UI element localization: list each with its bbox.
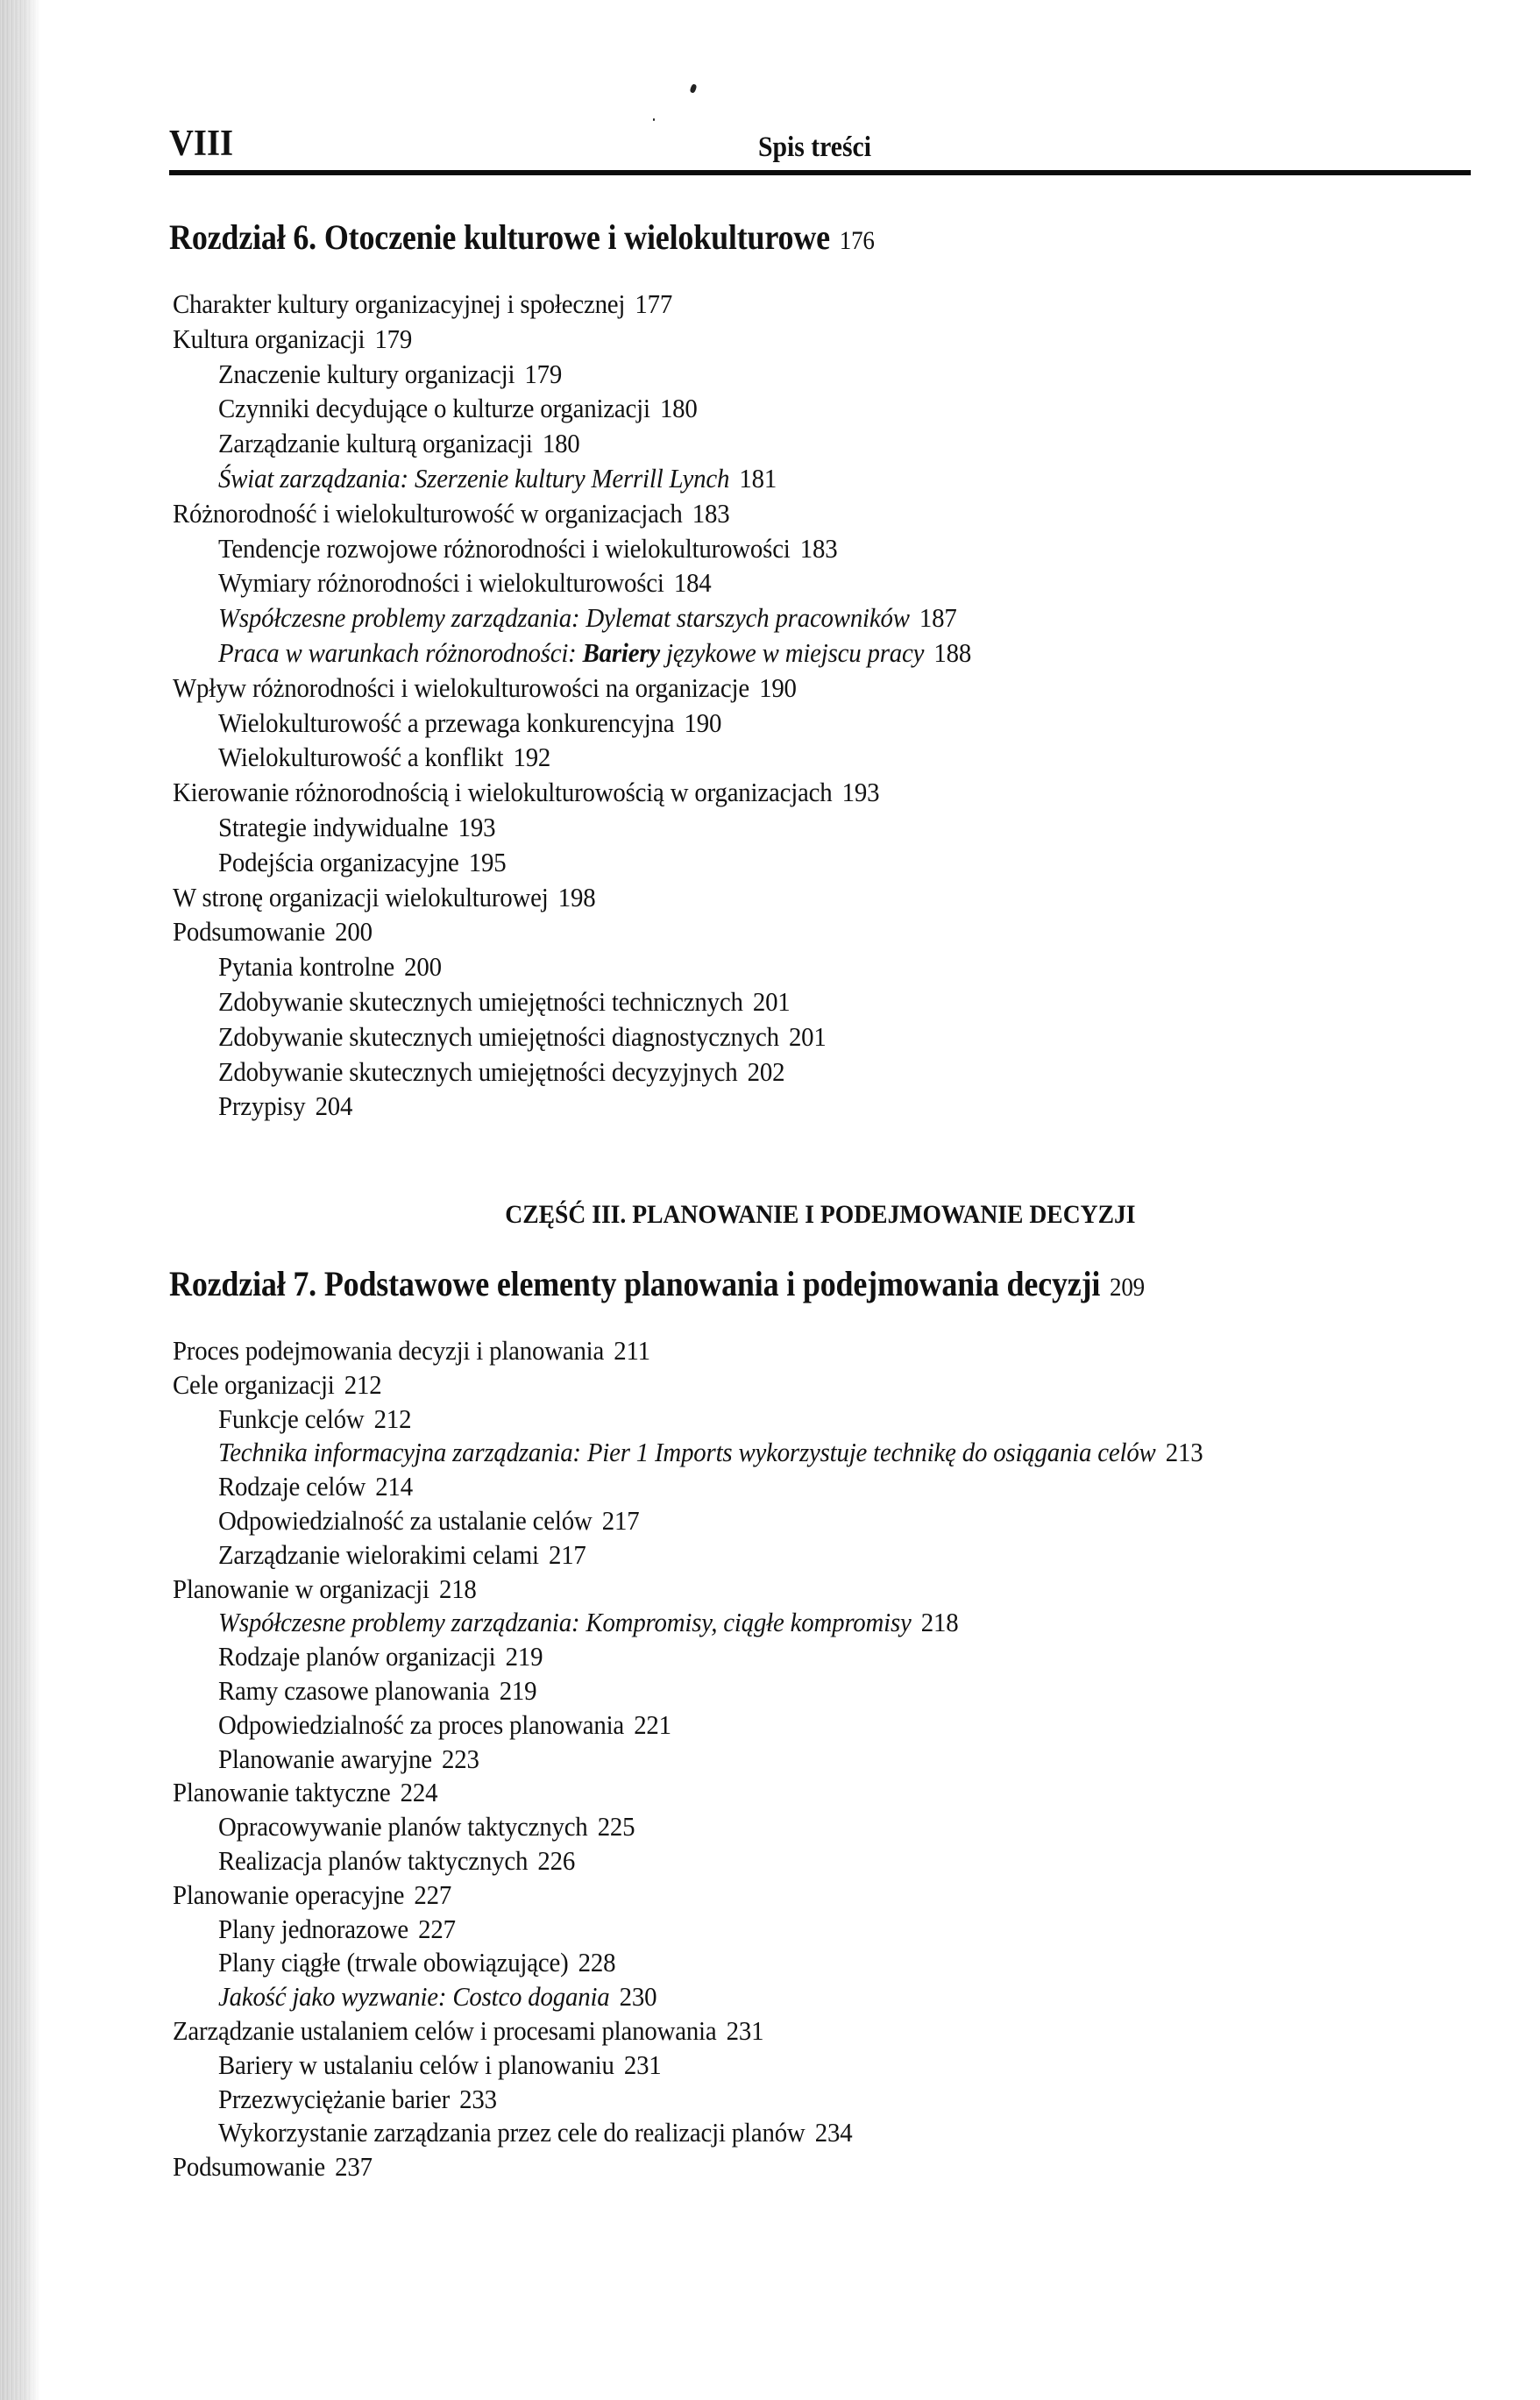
toc-entry-text: Wpływ różnorodności i wielokulturowości …	[173, 674, 797, 701]
toc-page-number: 193	[842, 777, 880, 807]
toc-entry-text: Opracowywanie planów taktycznych225	[218, 1813, 635, 1840]
toc-entry: Współczesne problemy zarządzania: Dylema…	[169, 604, 1028, 639]
toc-entry: Bariery w ustalaniu celów i planowaniu23…	[169, 2051, 1277, 2085]
ink-speck	[653, 118, 655, 121]
chapter-page: 209	[1110, 1273, 1145, 1302]
toc-entry: Rodzaje planów organizacji219	[169, 1643, 1277, 1677]
ink-speck	[689, 83, 697, 93]
toc-entry-text: Jakość jako wyzwanie: Costco dogania230	[218, 1983, 656, 2010]
toc-entry: Zdobywanie skutecznych umiejętności tech…	[169, 988, 1028, 1023]
toc-entry-text: Wielokulturowość a przewaga konkurencyjn…	[218, 709, 721, 736]
toc-page-number: 179	[374, 323, 412, 354]
toc-entry: Zdobywanie skutecznych umiejętności decy…	[169, 1058, 1028, 1093]
toc-page-number: 180	[543, 428, 580, 458]
toc-page-number: 212	[374, 1403, 412, 1434]
toc-page-number: 198	[558, 882, 596, 912]
toc-entry-text: W stronę organizacji wielokulturowej198	[173, 884, 595, 911]
toc-entry: Strategie indywidualne193	[169, 813, 1028, 849]
toc-entry: Cele organizacji212	[169, 1371, 1277, 1405]
toc-entry: Kultura organizacji179	[169, 325, 1028, 360]
toc-entry-text: Tendencje rozwojowe różnorodności i wiel…	[218, 535, 837, 562]
toc-entry: Współczesne problemy zarządzania: Kompro…	[169, 1608, 1277, 1643]
toc-page-number: 213	[1166, 1437, 1203, 1467]
toc-entry-text: Praca w warunkach różnorodności: Bariery…	[218, 639, 971, 666]
toc-entry-text: Zarządzanie ustalaniem celów i procesami…	[173, 2017, 763, 2044]
toc-entry: Ramy czasowe planowania219	[169, 1677, 1277, 1711]
toc-page-number: 214	[375, 1471, 413, 1502]
toc-page-number: 183	[692, 498, 730, 529]
page-number-roman: VIII	[169, 123, 233, 165]
toc-page-number: 181	[739, 463, 777, 493]
toc-entry: Podsumowanie200	[169, 918, 1028, 953]
toc-entry: Planowanie taktyczne224	[169, 1779, 1277, 1813]
toc-entry-text: Podsumowanie237	[173, 2153, 373, 2180]
toc-entry-text: Planowanie operacyjne227	[173, 1881, 451, 1908]
toc-entry-text: Zdobywanie skutecznych umiejętności diag…	[218, 1023, 827, 1050]
toc-page-number: 227	[414, 1879, 451, 1910]
toc-entry-text: Technika informacyjna zarządzania: Pier …	[218, 1438, 1203, 1466]
toc-page-number: 219	[506, 1641, 543, 1672]
toc-page-number: 202	[748, 1056, 785, 1087]
toc-entry: Zarządzanie wielorakimi celami217	[169, 1541, 1277, 1575]
toc-entry: Odpowiedzialność za proces planowania221	[169, 1711, 1277, 1745]
toc-entry-text: Zarządzanie wielorakimi celami217	[218, 1541, 586, 1568]
toc-entry: Zarządzanie kulturą organizacji180	[169, 430, 1028, 465]
toc-entry: Wielokulturowość a przewaga konkurencyjn…	[169, 709, 1028, 744]
toc-page-number: 226	[537, 1845, 575, 1876]
toc-page-number: 225	[598, 1811, 635, 1842]
toc-entry: Proces podejmowania decyzji i planowania…	[169, 1337, 1277, 1371]
toc-page-number: 217	[549, 1539, 586, 1570]
toc-entry: Zdobywanie skutecznych umiejętności diag…	[169, 1023, 1028, 1058]
toc-entry-text: Wielokulturowość a konflikt192	[218, 743, 550, 770]
toc-entry: Wymiary różnorodności i wielokulturowośc…	[169, 569, 1028, 604]
toc-entry-text: Rodzaje planów organizacji219	[218, 1643, 543, 1670]
toc-list: Proces podejmowania decyzji i planowania…	[169, 1337, 1277, 2187]
toc-entry-text: Bariery w ustalaniu celów i planowaniu23…	[218, 2051, 662, 2078]
toc-page-number: 183	[800, 533, 838, 564]
toc-entry-text: Kierowanie różnorodnością i wielokulturo…	[173, 778, 879, 806]
toc-entry-text: Ramy czasowe planowania219	[218, 1677, 536, 1704]
toc-entry: Technika informacyjna zarządzania: Pier …	[169, 1438, 1277, 1473]
header-rule	[169, 170, 1471, 175]
toc-entry-text: Planowanie awaryjne223	[218, 1745, 479, 1772]
toc-page-number: 193	[458, 812, 496, 842]
toc-page-number: 201	[753, 986, 791, 1017]
toc-entry-text: Odpowiedzialność za ustalanie celów217	[218, 1507, 639, 1534]
chapter-title: Rozdział 6. Otoczenie kulturowe i wielok…	[169, 217, 830, 257]
toc-page-number: 212	[344, 1369, 382, 1400]
toc-entry: Planowanie w organizacji218	[169, 1575, 1277, 1609]
toc-entry: Kierowanie różnorodnością i wielokulturo…	[169, 778, 1028, 813]
toc-entry-text: Zdobywanie skutecznych umiejętności tech…	[218, 988, 791, 1015]
toc-entry: Planowanie awaryjne223	[169, 1745, 1277, 1779]
running-title: Spis treści	[758, 131, 871, 164]
toc-page-number: 187	[919, 602, 957, 633]
toc-entry: Odpowiedzialność za ustalanie celów217	[169, 1507, 1277, 1541]
toc-page-number: 200	[404, 951, 442, 982]
toc-entry-text: Znaczenie kultury organizacji179	[218, 360, 562, 387]
toc-entry-text: Podejścia organizacyjne195	[218, 849, 506, 876]
part-title: CZĘŚĆ III. PLANOWANIE I PODEJMOWANIE DEC…	[505, 1200, 1135, 1230]
part-heading: CZĘŚĆ III. PLANOWANIE I PODEJMOWANIE DEC…	[169, 1200, 1471, 1230]
toc-entry-text: Zdobywanie skutecznych umiejętności decy…	[218, 1058, 784, 1085]
toc-page-number: 231	[727, 2015, 764, 2046]
toc-page-number: 184	[674, 567, 712, 598]
toc-page-number: 204	[316, 1090, 353, 1121]
toc-page-number: 179	[524, 359, 562, 389]
toc-entry: Rodzaje celów214	[169, 1473, 1277, 1507]
toc-entry: Przypisy204	[169, 1092, 1028, 1127]
toc-page-number: 237	[335, 2151, 373, 2182]
toc-entry: Zarządzanie ustalaniem celów i procesami…	[169, 2017, 1277, 2051]
toc-entry-text: Plany ciągłe (trwale obowiązujące)228	[218, 1949, 615, 1976]
toc-page-number: 201	[789, 1021, 827, 1052]
toc-list: Charakter kultury organizacyjnej i społe…	[169, 290, 1028, 1127]
toc-entry: Praca w warunkach różnorodności: Bariery…	[169, 639, 1028, 674]
toc-entry: Świat zarządzania: Szerzenie kultury Mer…	[169, 465, 1028, 500]
toc-page-number: 233	[459, 2084, 497, 2114]
toc-entry: Wielokulturowość a konflikt192	[169, 743, 1028, 778]
toc-page-number: 190	[759, 672, 797, 703]
toc-page-number: 230	[620, 1981, 657, 2012]
toc-entry-text: Planowanie taktyczne224	[173, 1779, 437, 1806]
toc-entry-text: Przypisy204	[218, 1092, 352, 1119]
chapter-title: Rozdział 7. Podstawowe elementy planowan…	[169, 1264, 1100, 1303]
chapter-heading: Rozdział 6. Otoczenie kulturowe i wielok…	[169, 217, 875, 258]
toc-page-number: 195	[469, 847, 507, 877]
toc-page-number: 211	[614, 1335, 650, 1366]
toc-entry-text: Realizacja planów taktycznych226	[218, 1847, 575, 1874]
toc-page-number: 177	[635, 288, 672, 319]
toc-entry: Pytania kontrolne200	[169, 953, 1028, 988]
toc-page-number: 223	[442, 1743, 479, 1774]
toc-entry: Podejścia organizacyjne195	[169, 849, 1028, 884]
toc-page-number: 218	[921, 1607, 959, 1637]
toc-page-number: 190	[685, 707, 722, 738]
toc-page-number: 234	[815, 2117, 853, 2148]
chapter-page: 176	[840, 226, 875, 255]
toc-entry-text: Plany jednorazowe227	[218, 1915, 456, 1942]
toc-entry-text: Odpowiedzialność za proces planowania221	[218, 1711, 671, 1738]
toc-page-number: 217	[602, 1505, 640, 1536]
toc-entry: Charakter kultury organizacyjnej i społe…	[169, 290, 1028, 325]
toc-page-number: 227	[418, 1914, 456, 1944]
running-header: VIII Spis treści	[169, 123, 1471, 175]
chapter-heading: Rozdział 7. Podstawowe elementy planowan…	[169, 1263, 1145, 1304]
toc-entry: Plany jednorazowe227	[169, 1915, 1277, 1949]
toc-entry-text: Funkcje celów212	[218, 1405, 411, 1432]
toc-entry-text: Kultura organizacji179	[173, 325, 412, 352]
toc-entry: Podsumowanie237	[169, 2153, 1277, 2187]
toc-entry: Opracowywanie planów taktycznych225	[169, 1813, 1277, 1847]
toc-entry-text: Zarządzanie kulturą organizacji180	[218, 430, 580, 457]
toc-entry-text: Rodzaje celów214	[218, 1473, 413, 1500]
toc-entry-text: Przezwyciężanie barier233	[218, 2085, 497, 2112]
toc-page-number: 200	[335, 916, 373, 947]
toc-page-number: 231	[624, 2049, 662, 2080]
toc-entry-text: Strategie indywidualne193	[218, 813, 495, 841]
toc-entry-text: Planowanie w organizacji218	[173, 1575, 477, 1602]
toc-entry-text: Podsumowanie200	[173, 918, 373, 945]
toc-page-number: 224	[401, 1777, 438, 1807]
toc-entry-text: Czynniki decydujące o kulturze organizac…	[218, 394, 698, 422]
toc-entry: Realizacja planów taktycznych226	[169, 1847, 1277, 1881]
toc-page-number: 219	[500, 1675, 537, 1706]
toc-page-number: 192	[513, 742, 550, 772]
toc-entry: Wpływ różnorodności i wielokulturowości …	[169, 674, 1028, 709]
toc-page-number: 228	[578, 1947, 616, 1978]
toc-entry: Przezwyciężanie barier233	[169, 2085, 1277, 2120]
toc-page-number: 188	[933, 637, 971, 668]
toc-entry: W stronę organizacji wielokulturowej198	[169, 884, 1028, 919]
toc-entry: Czynniki decydujące o kulturze organizac…	[169, 394, 1028, 430]
toc-entry-text: Świat zarządzania: Szerzenie kultury Mer…	[218, 465, 777, 492]
toc-entry: Tendencje rozwojowe różnorodności i wiel…	[169, 535, 1028, 570]
toc-entry-text: Wymiary różnorodności i wielokulturowośc…	[218, 569, 712, 596]
toc-entry: Różnorodność i wielokulturowość w organi…	[169, 500, 1028, 535]
toc-entry-text: Cele organizacji212	[173, 1371, 381, 1398]
toc-entry: Wykorzystanie zarządzania przez cele do …	[169, 2119, 1277, 2153]
toc-entry: Jakość jako wyzwanie: Costco dogania230	[169, 1983, 1277, 2017]
toc-page-number: 218	[439, 1573, 477, 1604]
toc-entry-text: Współczesne problemy zarządzania: Kompro…	[218, 1608, 958, 1636]
toc-entry-text: Charakter kultury organizacyjnej i społe…	[173, 290, 672, 317]
toc-entry: Plany ciągłe (trwale obowiązujące)228	[169, 1949, 1277, 1983]
toc-entry-text: Różnorodność i wielokulturowość w organi…	[173, 500, 729, 527]
scan-edge-shadow	[0, 0, 40, 2400]
toc-entry: Znaczenie kultury organizacji179	[169, 360, 1028, 395]
toc-entry-text: Współczesne problemy zarządzania: Dylema…	[218, 604, 957, 631]
toc-entry: Funkcje celów212	[169, 1405, 1277, 1439]
toc-entry-text: Proces podejmowania decyzji i planowania…	[173, 1337, 650, 1364]
toc-page-number: 180	[660, 393, 698, 423]
toc-entry: Planowanie operacyjne227	[169, 1881, 1277, 1915]
toc-page-number: 221	[634, 1709, 671, 1740]
toc-entry-text: Pytania kontrolne200	[218, 953, 442, 980]
toc-entry-text: Wykorzystanie zarządzania przez cele do …	[218, 2119, 852, 2146]
